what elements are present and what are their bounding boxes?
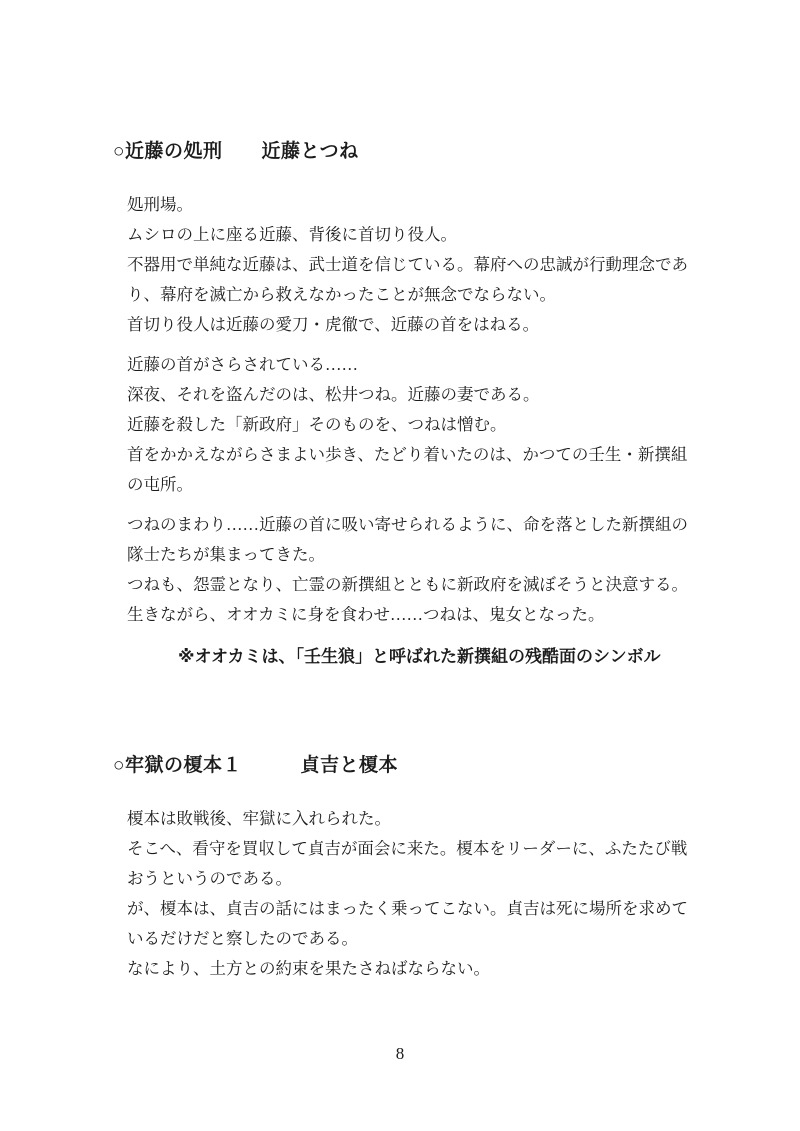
script-paragraph: 処刑場。 ムシロの上に座る近藤、背後に首切り役人。 不器用で単純な近藤は、武士道…	[127, 190, 690, 340]
script-paragraph: つねのまわり……近藤の首に吸い寄せられるように、命を落とした新撰組の隊士たちが集…	[127, 510, 690, 630]
scene-section-kondo-execution: ○近藤の処刑 近藤とつね 処刑場。 ムシロの上に座る近藤、背後に首切り役人。 不…	[113, 138, 690, 672]
script-line: なにより、土方との約束を果たさねばならない。	[127, 954, 690, 984]
scene-body: 処刑場。 ムシロの上に座る近藤、背後に首切り役人。 不器用で単純な近藤は、武士道…	[113, 190, 690, 630]
scene-section-prison-enomoto: ○牢獄の榎本１ 貞吉と榎本 榎本は敗戦後、牢獄に入れられた。 そこへ、看守を買収…	[113, 752, 690, 984]
scene-heading: ○近藤の処刑 近藤とつね	[113, 138, 690, 166]
scene-body: 榎本は敗戦後、牢獄に入れられた。 そこへ、看守を買収して貞吉が面会に来た。榎本を…	[113, 804, 690, 984]
script-line: が、榎本は、貞吉の話にはまったく乗ってこない。貞吉は死に場所を求めているだけだと…	[127, 894, 690, 954]
document-page: ○近藤の処刑 近藤とつね 処刑場。 ムシロの上に座る近藤、背後に首切り役人。 不…	[0, 0, 800, 1131]
script-line: ムシロの上に座る近藤、背後に首切り役人。	[127, 220, 690, 250]
script-line: 生きながら、オオカミに身を食わせ……つねは、鬼女となった。	[127, 600, 690, 630]
script-line: つねのまわり……近藤の首に吸い寄せられるように、命を落とした新撰組の隊士たちが集…	[127, 510, 690, 570]
script-paragraph: 近藤の首がさらされている…… 深夜、それを盗んだのは、松井つね。近藤の妻である。…	[127, 350, 690, 500]
script-line: 不器用で単純な近藤は、武士道を信じている。幕府への忠誠が行動理念であり、幕府を滅…	[127, 250, 690, 310]
script-line: 処刑場。	[127, 190, 690, 220]
script-line: 近藤を殺した「新政府」そのものを、つねは憎む。	[127, 410, 690, 440]
script-line: 深夜、それを盗んだのは、松井つね。近藤の妻である。	[127, 380, 690, 410]
script-line: そこへ、看守を買収して貞吉が面会に来た。榎本をリーダーに、ふたたび戦おうというの…	[127, 834, 690, 894]
scene-heading: ○牢獄の榎本１ 貞吉と榎本	[113, 752, 690, 780]
script-line: つねも、怨霊となり、亡霊の新撰組とともに新政府を滅ぼそうと決意する。	[127, 570, 690, 600]
script-line: 榎本は敗戦後、牢獄に入れられた。	[127, 804, 690, 834]
script-paragraph: 榎本は敗戦後、牢獄に入れられた。 そこへ、看守を買収して貞吉が面会に来た。榎本を…	[127, 804, 690, 984]
footnote-line: ※オオカミは、「壬生狼」と呼ばれた新撰組の残酷面のシンボル	[113, 642, 690, 672]
script-line: 近藤の首がさらされている……	[127, 350, 690, 380]
script-line: 首切り役人は近藤の愛刀・虎徹で、近藤の首をはねる。	[127, 310, 690, 340]
script-line: 首をかかえながらさまよい歩き、たどり着いたのは、かつての壬生・新撰組の屯所。	[127, 440, 690, 500]
page-number: 8	[0, 1042, 800, 1066]
